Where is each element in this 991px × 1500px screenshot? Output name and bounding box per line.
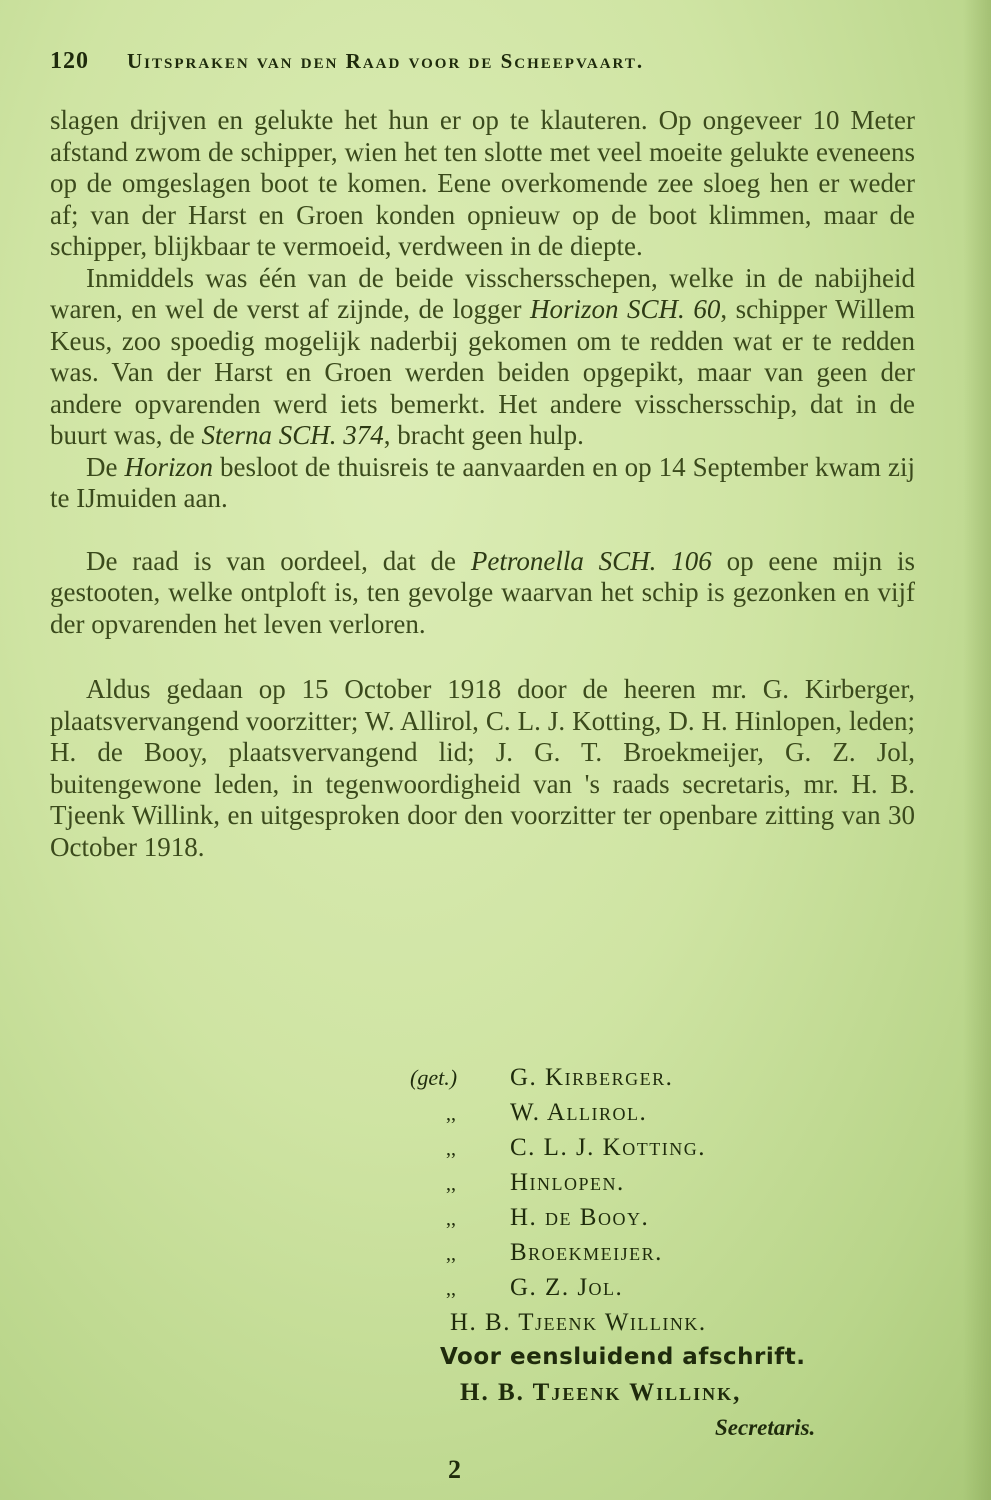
get-label: (get.) [410, 1060, 510, 1095]
signature-name: Hinlopen. [510, 1165, 625, 1200]
signature-name: H. de Booy. [510, 1200, 649, 1235]
secretary-signed-row: H. B. Tjeenk Willink. [410, 1305, 890, 1340]
running-title: Uitspraken van den Raad voor de Scheepva… [127, 49, 644, 74]
running-header: 120 Uitspraken van den Raad voor de Sche… [50, 48, 870, 75]
certification-row: Voor eensluidend afschrift. [410, 1340, 890, 1375]
scanned-book-page: 120 Uitspraken van den Raad voor de Sche… [0, 0, 991, 1500]
paragraph-3: De Horizon besloot de thuisreis te aanva… [50, 452, 915, 515]
signature-row: ,, W. Allirol. [410, 1095, 890, 1130]
secretary-name-row: H. B. Tjeenk Willink, [410, 1375, 890, 1410]
ditto-mark: ,, [410, 1272, 510, 1307]
signature-name: Broekmeijer. [510, 1235, 663, 1270]
signature-name: C. L. J. Kotting. [510, 1130, 706, 1165]
paragraph-3-text-a: De [86, 452, 124, 482]
ship-name-horizon: Horizon SCH. 60 [530, 294, 720, 324]
page-edge-shadow [963, 0, 991, 1500]
ditto-mark: ,, [410, 1097, 510, 1132]
paragraph-1: slagen drijven en gelukte het hun er op … [50, 105, 915, 263]
signature-name: G. Z. Jol. [510, 1270, 623, 1305]
signature-row: ,, H. de Booy. [410, 1200, 890, 1235]
ship-name-petronella: Petronella SCH. 106 [471, 546, 712, 576]
certification-text: Voor eensluidend afschrift. [410, 1340, 806, 1375]
paragraph-closing: Aldus gedaan op 15 October 1918 door de … [50, 674, 915, 863]
secretary-name: H. B. Tjeenk Willink, [410, 1375, 741, 1410]
verdict-text-a: De raad is van oordeel, dat de [86, 546, 471, 576]
ditto-mark: ,, [410, 1237, 510, 1272]
signature-row: (get.) G. Kirberger. [410, 1060, 890, 1095]
secretary-title-row: Secretaris. [410, 1410, 890, 1445]
signature-name: G. Kirberger. [510, 1060, 673, 1095]
signature-mark: 2 [448, 1455, 461, 1485]
secretary-title: Secretaris. [410, 1410, 815, 1445]
page-number: 120 [50, 48, 89, 75]
ditto-mark: ,, [410, 1132, 510, 1167]
signature-block: (get.) G. Kirberger. ,, W. Allirol. ,, C… [410, 1060, 890, 1445]
ship-name-horizon-2: Horizon [124, 452, 213, 482]
signature-row: ,, C. L. J. Kotting. [410, 1130, 890, 1165]
signature-name: W. Allirol. [510, 1095, 647, 1130]
body-text: slagen drijven en gelukte het hun er op … [50, 105, 915, 863]
paragraph-2: Inmiddels was één van de beide visschers… [50, 263, 915, 452]
signature-row: ,, Hinlopen. [410, 1165, 890, 1200]
ditto-mark: ,, [410, 1202, 510, 1237]
paragraph-2-text-c: , bracht geen hulp. [384, 420, 584, 450]
secretary-signed: H. B. Tjeenk Willink. [410, 1305, 707, 1340]
signature-row: ,, G. Z. Jol. [410, 1270, 890, 1305]
ship-name-sterna: Sterna SCH. 374 [201, 420, 383, 450]
paragraph-verdict: De raad is van oordeel, dat de Petronell… [50, 546, 915, 641]
ditto-mark: ,, [410, 1167, 510, 1202]
signature-row: ,, Broekmeijer. [410, 1235, 890, 1270]
